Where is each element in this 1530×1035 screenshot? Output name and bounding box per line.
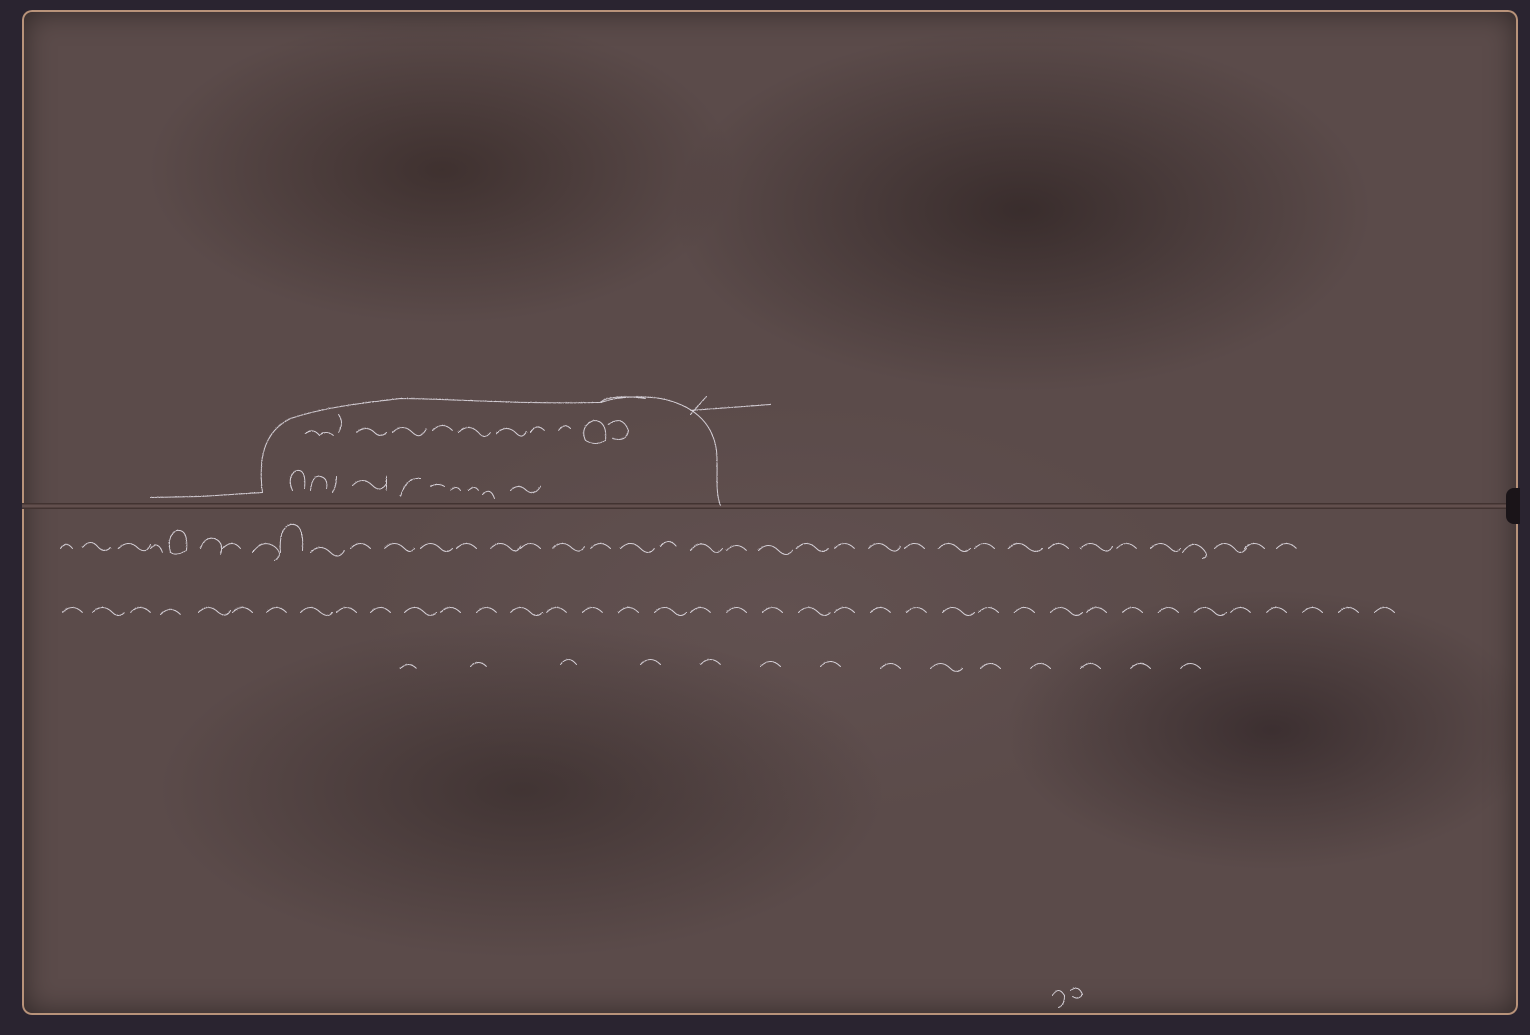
script-layer [0, 0, 1530, 1035]
page-number: ၇၀ [4, 1030, 5, 1031]
page-number-glyph [1052, 988, 1082, 1007]
elephant-outline [150, 396, 770, 505]
